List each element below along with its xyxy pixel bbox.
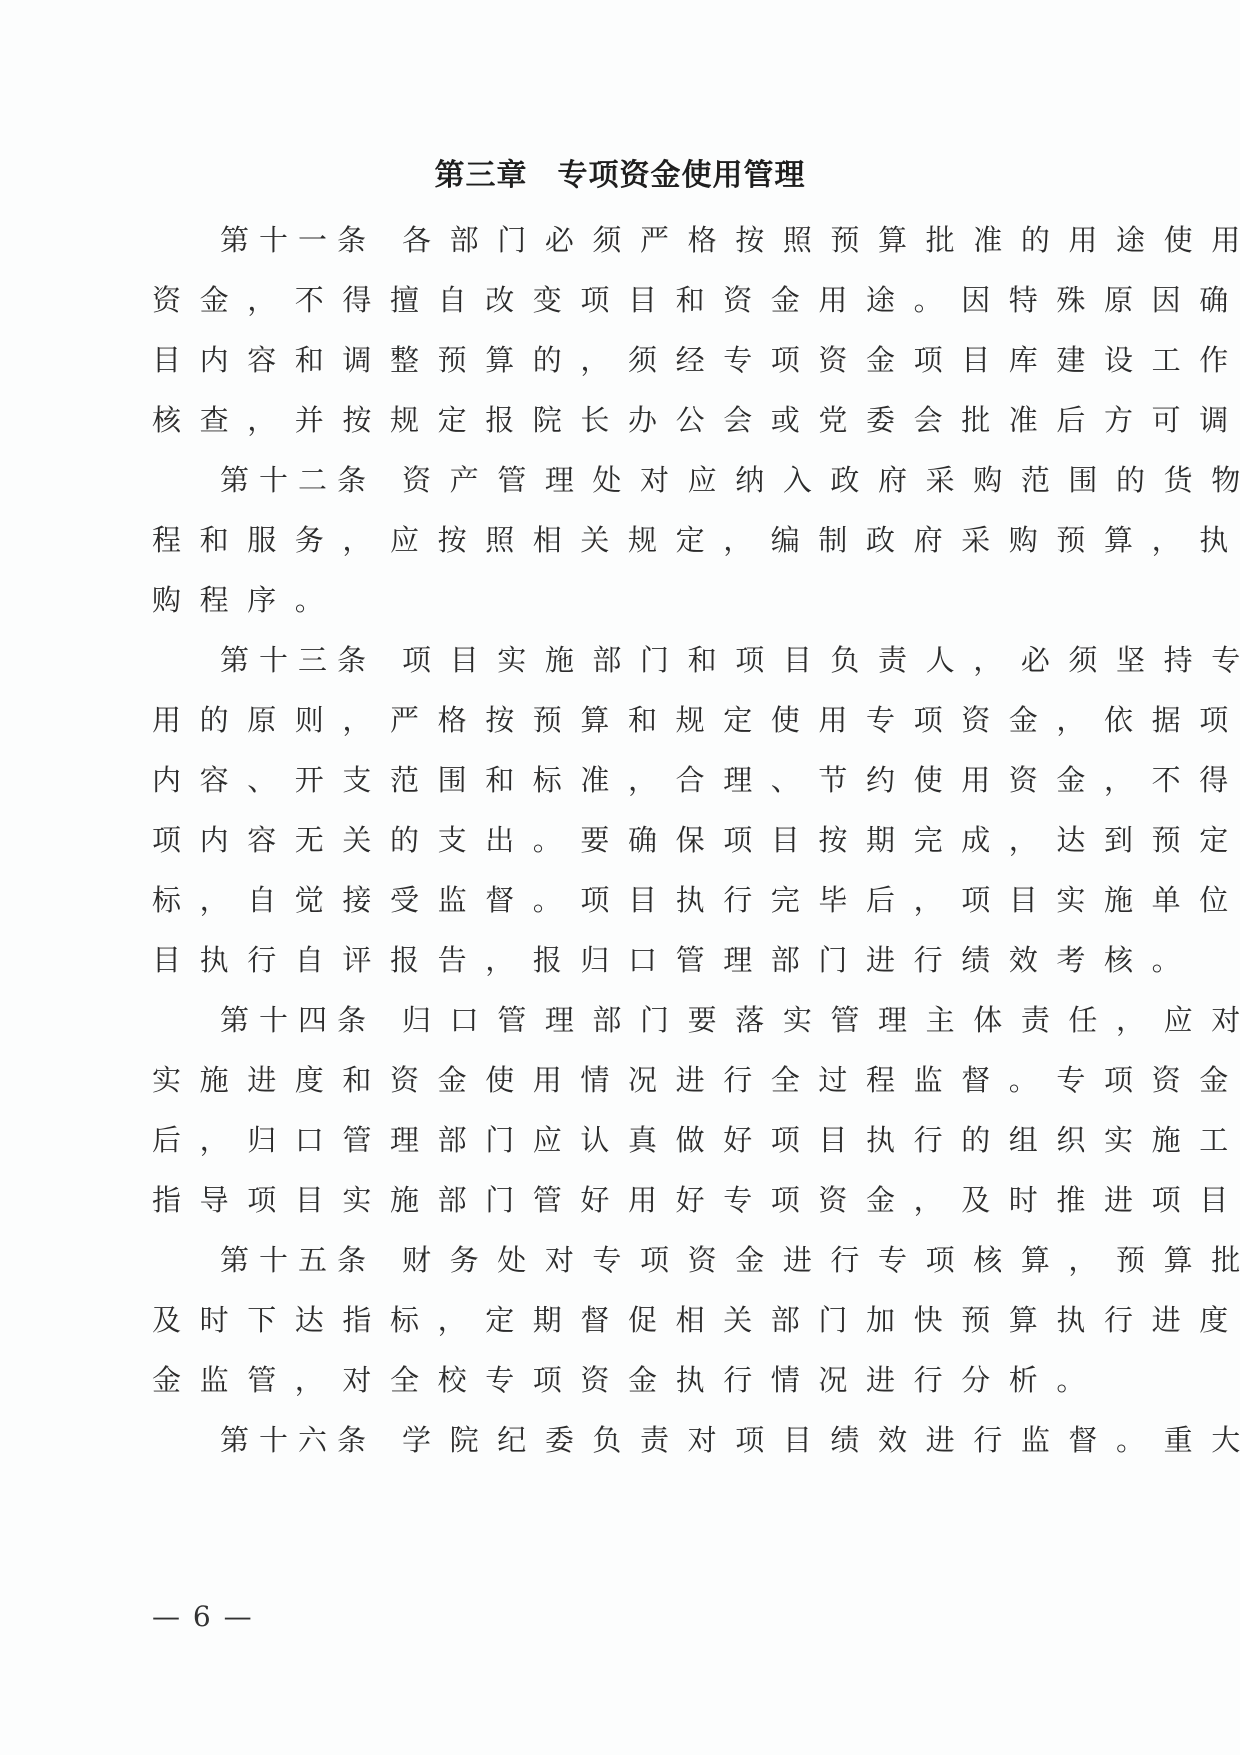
article-text: 项目实施部门和项目负责人，必须坚持专款专: [402, 643, 1240, 677]
paragraph-line: 金监管，对全校专项资金执行情况进行分析。: [152, 1350, 966, 1410]
article-15: 第十五条财务处对专项资金进行专项核算，预算批准后， 及时下达指标，定期督促相关部…: [152, 1230, 966, 1410]
article-text: 各部门必须严格按照预算批准的用途使用专项: [402, 223, 1240, 257]
chapter-name: 专项资金使用管理: [558, 158, 806, 193]
article-number: 第十三条: [220, 643, 376, 677]
paragraph-first-line: 第十一条各部门必须严格按照预算批准的用途使用专项: [152, 210, 966, 270]
article-text: 学院纪委负责对项目绩效进行监督。重大项目: [402, 1423, 1240, 1457]
paragraph-line: 项内容无关的支出。要确保项目按期完成，达到预定的绩效目: [152, 810, 966, 870]
paragraph-line: 购程序。: [152, 570, 966, 630]
article-number: 第十一条: [220, 223, 376, 257]
article-12: 第十二条资产管理处对应纳入政府采购范围的货物、工 程和服务，应按照相关规定，编制…: [152, 450, 966, 630]
paragraph-line: 目执行自评报告，报归口管理部门进行绩效考核。: [152, 930, 966, 990]
paragraph-first-line: 第十二条资产管理处对应纳入政府采购范围的货物、工: [152, 450, 966, 510]
article-number: 第十二条: [220, 463, 376, 497]
chapter-number: 第三章: [435, 158, 528, 193]
paragraph-line: 指导项目实施部门管好用好专项资金，及时推进项目实施。: [152, 1170, 966, 1230]
article-13: 第十三条项目实施部门和项目负责人，必须坚持专款专 用的原则，严格按预算和规定使用…: [152, 630, 966, 990]
article-text: 资产管理处对应纳入政府采购范围的货物、工: [402, 463, 1240, 497]
chapter-title: 第三章专项资金使用管理: [0, 150, 1240, 194]
page-number: — 6 —: [152, 1600, 254, 1633]
article-number: 第十四条: [220, 1003, 376, 1037]
article-number: 第十五条: [220, 1243, 376, 1277]
paragraph-line: 及时下达指标，定期督促相关部门加快预算执行进度，加强资: [152, 1290, 966, 1350]
paragraph-line: 资金，不得擅自改变项目和资金用途。因特殊原因确需变更项: [152, 270, 966, 330]
article-text: 归口管理部门要落实管理主体责任，应对项目: [402, 1003, 1240, 1037]
article-14: 第十四条归口管理部门要落实管理主体责任，应对项目 实施进度和资金使用情况进行全过…: [152, 990, 966, 1230]
paragraph-line: 实施进度和资金使用情况进行全过程监督。专项资金预算批复: [152, 1050, 966, 1110]
paragraph-first-line: 第十五条财务处对专项资金进行专项核算，预算批准后，: [152, 1230, 966, 1290]
body-text: 第十一条各部门必须严格按照预算批准的用途使用专项 资金，不得擅自改变项目和资金用…: [152, 210, 966, 1470]
paragraph-line: 用的原则，严格按预算和规定使用专项资金，依据项目预算的: [152, 690, 966, 750]
paragraph-first-line: 第十六条学院纪委负责对项目绩效进行监督。重大项目: [152, 1410, 966, 1470]
paragraph-line: 后，归口管理部门应认真做好项目执行的组织实施工作，督促、: [152, 1110, 966, 1170]
paragraph-line: 核查，并按规定报院长办公会或党委会批准后方可调整。: [152, 390, 966, 450]
document-page: 第三章专项资金使用管理 第十一条各部门必须严格按照预算批准的用途使用专项 资金，…: [0, 0, 1240, 1755]
paragraph-line: 标，自觉接受监督。项目执行完毕后，项目实施单位应形成项: [152, 870, 966, 930]
paragraph-line: 目内容和调整预算的，须经专项资金项目库建设工作领导小组: [152, 330, 966, 390]
paragraph-first-line: 第十三条项目实施部门和项目负责人，必须坚持专款专: [152, 630, 966, 690]
paragraph-first-line: 第十四条归口管理部门要落实管理主体责任，应对项目: [152, 990, 966, 1050]
article-text: 财务处对专项资金进行专项核算，预算批准后，: [402, 1243, 1240, 1277]
paragraph-line: 内容、开支范围和标准，合理、节约使用资金，不得开支与专: [152, 750, 966, 810]
article-16: 第十六条学院纪委负责对项目绩效进行监督。重大项目: [152, 1410, 966, 1470]
article-11: 第十一条各部门必须严格按照预算批准的用途使用专项 资金，不得擅自改变项目和资金用…: [152, 210, 966, 450]
article-number: 第十六条: [220, 1423, 376, 1457]
paragraph-line: 程和服务，应按照相关规定，编制政府采购预算，执行政府采: [152, 510, 966, 570]
